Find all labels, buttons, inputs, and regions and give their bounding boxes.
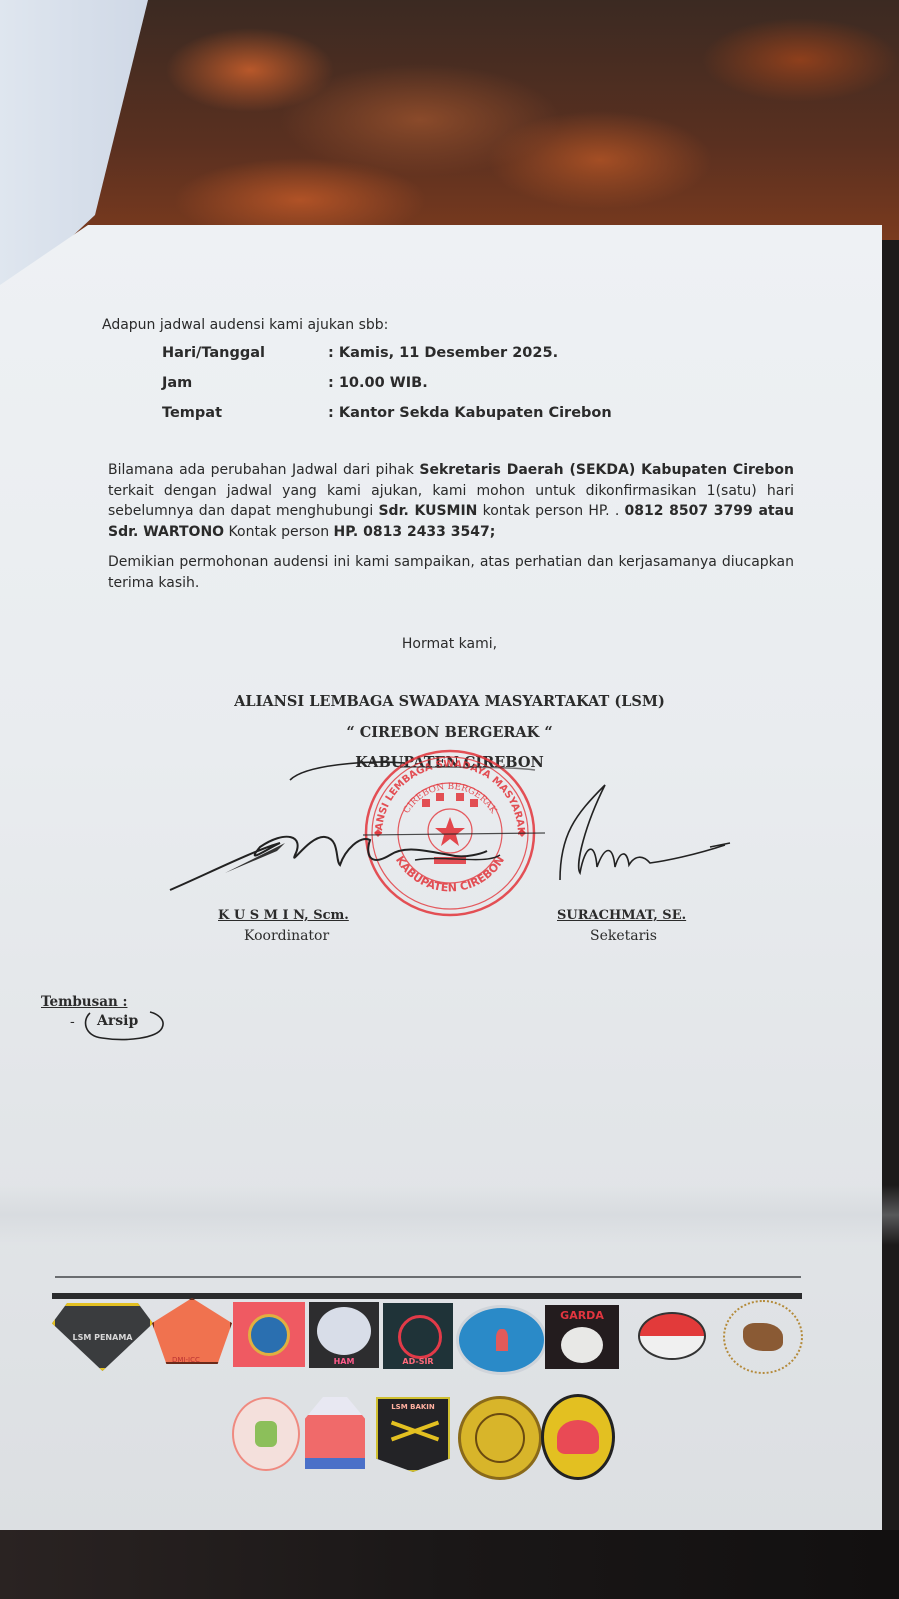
signatory-role-secretary: Seketaris [590,928,657,944]
logo-garda-label: GARDA [560,1309,604,1322]
torch-icon [496,1329,508,1351]
logo-garda: GARDA [545,1305,619,1369]
logo-ham-label: HAM [334,1357,355,1366]
logo-lsm-ad-sir: AD-SIR [383,1303,453,1369]
schedule-row-date: Hari/Tanggal: Kamis, 11 Desember 2025. [162,345,558,361]
text-run: kontak person HP. . [477,503,624,519]
schedule-label: Hari/Tanggal [162,345,328,361]
contact-phone: HP. 0813 2433 3547; [334,524,496,540]
schedule-label: Tempat [162,405,328,421]
logo-dmi-icc-label: DMI-ICC [172,1356,200,1364]
bird-icon [743,1323,783,1351]
seal-ring-icon [475,1413,525,1463]
background-table-bottom [0,1530,899,1599]
schedule-value: : 10.00 WIB. [328,375,428,391]
paragraph-schedule-change: Bilamana ada perubahan Jadwal dari pihak… [108,460,794,542]
logo-gerakan-rakyat [456,1305,547,1375]
cc-bullet: - [70,1014,75,1030]
closing-greeting: Hormat kami, [0,636,899,652]
logo-ad-sir-label: AD-SIR [402,1357,433,1366]
paragraph-closing: Demikian permohonan audensi ini kami sam… [108,552,794,593]
logo-medical-emblem [233,1302,305,1367]
logo-gold-seal [458,1396,542,1480]
bell-icon [255,1421,277,1447]
logo-globe-emblem [624,1305,720,1367]
hand-drawn-circle [82,1008,168,1044]
schedule-label: Jam [162,375,328,391]
schedule-value: : Kamis, 11 Desember 2025. [328,345,558,361]
signatory-name-secretary: SURACHMAT, SE. [557,908,686,923]
logo-ham: HAM [309,1302,379,1368]
org-name-line2: “ CIREBON BERGERAK “ [0,724,899,741]
eagle-icon [557,1420,599,1454]
handwritten-signatures [165,755,745,895]
schedule-intro: Adapun jadwal audensi kami ajukan sbb: [102,317,388,333]
schedule-row-time: Jam: 10.00 WIB. [162,375,428,391]
footer-divider-thin [55,1276,801,1278]
logo-bird-emblem [723,1300,803,1374]
org-name-line1: ALIANSI LEMBAGA SWADAYA MASYARTAKAT (LSM… [0,693,899,710]
logo-gmbi-emblem [232,1397,300,1471]
text-run: Kontak person [224,524,333,540]
logo-lsm-bakin-label: LSM BAKIN [391,1403,435,1411]
scales-icon [561,1327,603,1363]
ham-globe-icon [317,1307,371,1355]
signatory-name-coordinator: K U S M I N, Scm. [218,908,349,923]
schedule-row-place: Tempat: Kantor Sekda Kabupaten Cirebon [162,405,612,421]
logo-lsm-bakin: LSM BAKIN [376,1397,450,1472]
signatory-role-coordinator: Koordinator [244,928,329,944]
text-run: Bilamana ada perubahan Jadwal dari pihak [108,462,419,478]
footer-divider-thick [52,1293,802,1299]
text-run-bold: Sekretaris Daerah (SEKDA) Kabupaten Cire… [419,462,794,478]
anchor-ring-icon [398,1315,442,1359]
logo-forum-sarjana [305,1397,365,1469]
emblem-circle-icon [248,1314,290,1356]
paper-fold-crease [0,1185,899,1245]
logo-garuda-putih [541,1394,615,1480]
contact-name: Sdr. KUSMIN [378,503,477,519]
globe-icon [638,1312,706,1360]
schedule-value: : Kantor Sekda Kabupaten Cirebon [328,405,612,421]
